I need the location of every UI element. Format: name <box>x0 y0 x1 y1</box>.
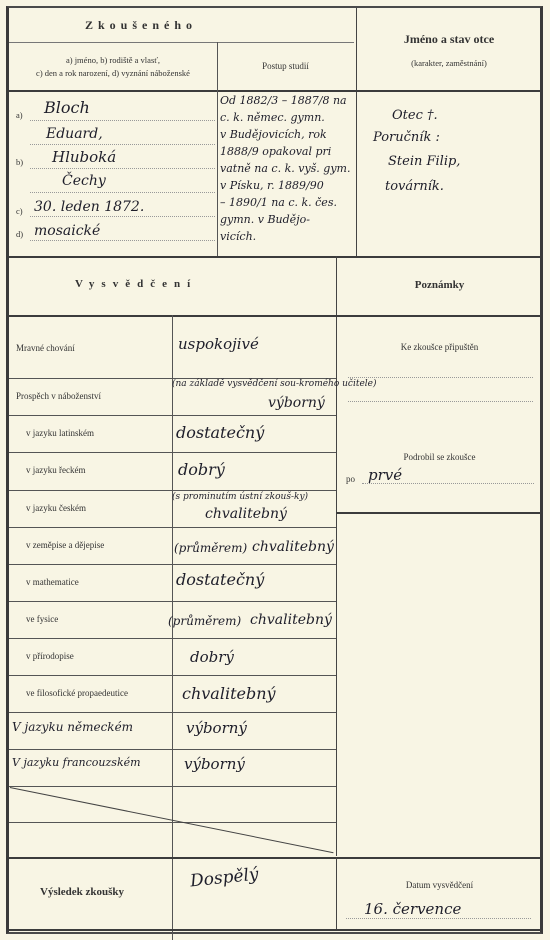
grade-note: (s prominutím ústní zkouš-ky) <box>172 492 308 502</box>
grade-value: chvalitebný <box>252 539 334 555</box>
marker-c: c) <box>16 206 23 216</box>
subject-label: v jazyku českém <box>26 503 86 513</box>
studies-line: v Písku, r. 1889/90 <box>220 179 324 192</box>
marker-d: d) <box>16 229 23 239</box>
examinee-title: Zkoušeného <box>85 18 197 33</box>
grade-value: dobrý <box>178 460 225 479</box>
row-rule <box>9 786 336 787</box>
top-section-bottom-rule <box>9 256 541 258</box>
studies-line: 1888/9 opakoval pri <box>220 145 331 158</box>
grade-note: (průměrem) <box>168 614 241 628</box>
grade-note: (průměrem) <box>174 541 247 555</box>
col-divider-studies-head <box>217 42 218 90</box>
admitted-line-1 <box>348 377 533 378</box>
dotted-line <box>30 192 215 193</box>
subject-label: Mravné chování <box>16 343 75 353</box>
col-divider-father <box>356 8 357 256</box>
date-label: Datum vysvědčení <box>338 880 541 890</box>
studies-line: vicích. <box>220 230 256 243</box>
attempt-label: Podrobil se zkoušce <box>338 452 541 462</box>
subject-label: v mathematice <box>26 577 79 587</box>
dotted-line <box>30 120 215 121</box>
admitted-line-2 <box>348 401 533 402</box>
dotted-line <box>30 144 215 145</box>
subject-label-handwritten: V jazyku německém <box>12 720 133 734</box>
subject-label-handwritten: V jazyku francouzském <box>12 756 141 769</box>
father-line: Poručník : <box>373 130 440 145</box>
date-line <box>346 918 531 919</box>
father-title: Jméno a stav otce <box>356 32 542 47</box>
row-rule <box>9 415 336 416</box>
grade-value: dostatečný <box>176 570 264 589</box>
grade-note: (na základě vysvědčení sou-kromého učite… <box>172 379 377 389</box>
grade-value: výborný <box>268 395 325 411</box>
subject-label: v jazyku latinském <box>26 428 94 438</box>
dotted-line <box>30 168 215 169</box>
col-divider-date <box>336 857 337 929</box>
studies-line: c. k. němec. gymn. <box>220 111 325 124</box>
subject-label: v přírodopise <box>26 651 74 661</box>
father-line: Otec †. <box>392 108 438 123</box>
row-rule <box>9 527 336 528</box>
notes-title: Poznámky <box>338 279 541 291</box>
marker-a: a) <box>16 110 23 120</box>
grade-value: dostatečný <box>176 423 264 442</box>
dotted-line <box>30 216 215 217</box>
attempt-value: prvé <box>368 466 402 484</box>
maturity-certificate-page: Zkoušeného a) jméno, b) rodiště a vlasť,… <box>0 0 550 940</box>
subject-label: ve filosofické propaedeutice <box>26 688 128 698</box>
grade-value: výborný <box>186 719 247 737</box>
admitted-label: Ke zkoušce připuštěn <box>338 342 541 352</box>
examinee-religion: mosaické <box>34 223 100 239</box>
date-value: 16. července <box>364 900 461 918</box>
examinee-country: Čechy <box>62 173 106 189</box>
header-divider <box>9 42 354 43</box>
certificate-header-rule <box>9 315 541 317</box>
father-subtitle: (karakter, zaměstnání) <box>356 58 542 68</box>
subject-label: Prospěch v náboženství <box>16 391 101 401</box>
grade-value: dobrý <box>190 648 234 666</box>
subject-label: v zeměpise a dějepise <box>26 540 104 550</box>
studies-line: gymn. v Budějo- <box>220 213 310 226</box>
studies-line: vatně na c. k. vyš. gym. <box>220 162 351 175</box>
certificate-title: Vysvědčení <box>75 278 197 290</box>
notes-divider <box>336 512 541 514</box>
row-rule <box>9 564 336 565</box>
examinee-birthplace: Hluboká <box>52 148 116 166</box>
examinee-subtitle-1: a) jméno, b) rodiště a vlasť, <box>18 55 208 65</box>
grade-value: chvalitebný <box>250 612 332 628</box>
grade-value: výborný <box>184 755 245 773</box>
row-rule <box>9 490 336 491</box>
examinee-given-name: Eduard, <box>46 126 103 142</box>
studies-title: Postup studií <box>218 61 353 71</box>
header-bottom-rule <box>9 90 541 92</box>
studies-line: – 1890/1 na c. k. čes. <box>220 196 337 209</box>
row-rule <box>9 452 336 453</box>
examinee-subtitle-2: c) den a rok narození, d) vyznání nábože… <box>18 68 208 78</box>
subject-label: ve fysice <box>26 614 58 624</box>
row-rule <box>9 822 336 823</box>
result-label: Výsledek zkoušky <box>40 886 124 898</box>
result-bottom-rule <box>9 929 541 931</box>
row-rule <box>9 712 336 713</box>
row-rule <box>9 749 336 750</box>
col-divider-notes <box>336 256 337 856</box>
grade-value: chvalitebný <box>182 684 276 703</box>
result-top-rule <box>9 857 541 859</box>
father-line: Stein Filip, <box>388 154 460 169</box>
marker-b: b) <box>16 157 23 167</box>
examinee-surname: Bloch <box>44 98 90 117</box>
studies-line: Od 1882/3 – 1887/8 na <box>220 94 347 107</box>
col-divider-studies <box>217 90 218 256</box>
examinee-birth-date: 30. leden 1872. <box>34 199 144 215</box>
attempt-prefix: po <box>346 474 355 484</box>
attempt-line <box>362 483 534 484</box>
studies-line: v Budějovicích, rok <box>220 128 327 141</box>
subject-label: v jazyku řeckém <box>26 465 85 475</box>
row-rule <box>9 601 336 602</box>
dotted-line <box>30 240 215 241</box>
row-rule <box>9 675 336 676</box>
row-rule <box>9 638 336 639</box>
father-line: továrník. <box>385 179 444 194</box>
grade-value: uspokojivé <box>178 335 259 353</box>
grade-value: chvalitebný <box>205 506 287 522</box>
